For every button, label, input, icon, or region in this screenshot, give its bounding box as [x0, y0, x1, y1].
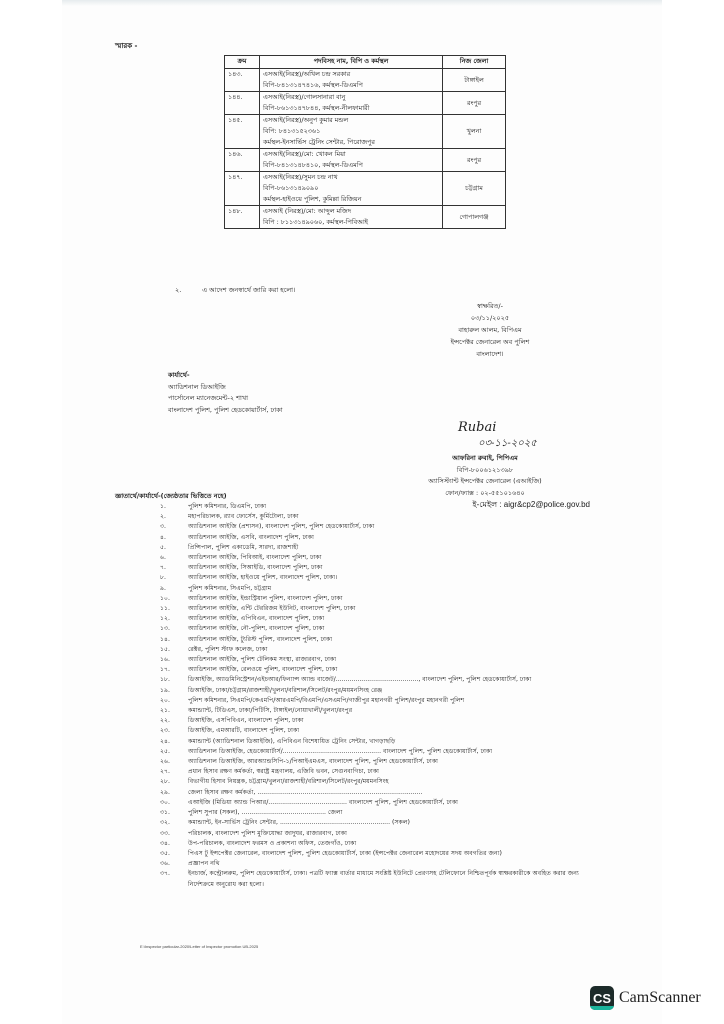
list-item-number: ৩৫.	[160, 849, 188, 859]
list-item-text: পুলিশ কমিশনার, ডিএমপি, ঢাকা	[188, 502, 600, 512]
list-item-number: ১১.	[160, 604, 188, 614]
detail-line: এসআই (নিরস্ত্র)/মো: আব্দুল মজিদ	[263, 206, 439, 217]
list-item: ২.মহাপরিচালক, র‍্যাব ফোর্সেস, কুর্মিটোলা…	[160, 512, 600, 522]
detail-line: বিপি-৮৬১৩১৪৭৮৪৪, কর্মস্থল-নীলফামারী	[263, 103, 439, 114]
list-item: ৩.অ্যাডিশনাল আইজি (প্রশাসন), বাংলাদেশ পু…	[160, 522, 600, 532]
detail-line: এসআই(নিরস্ত্র)/মো: খোকন মিয়া	[263, 149, 439, 160]
list-item-number: ৩১.	[160, 808, 188, 818]
signed-date: ০৩/১১/২০২৫	[420, 312, 560, 324]
list-item-number: ১২.	[160, 614, 188, 624]
detail-line: বিপি : ৮১১৩১৪৯০৬০, কর্মস্থল-পিবিআই	[263, 217, 439, 228]
list-item-text: পুলিশ কমিশনার, সিএমপি, চট্টগ্রাম	[188, 584, 600, 594]
footer-file-path: E:\Inspector particular-2020\Letter of I…	[140, 944, 258, 949]
list-item-text: অ্যাডিশনাল আইজি, রেলওয়ে পুলিশ, বাংলাদেশ…	[188, 665, 600, 675]
detail-line: বিপি-৮৪১৩১৪৮৪১০, কর্মস্থল-ডিএমপি	[263, 160, 439, 171]
list-item-text: পুলিশ সুপার (সকল), .....................…	[188, 808, 600, 818]
detail-line: বিপি-৮৪১৩১৪৭৪১৬, কর্মস্থল-ডিএমপি	[263, 80, 439, 91]
aig-phone: ফোন/ফ্যাক্স : ০২-৫৫১০১৬৪০	[380, 488, 590, 500]
camscanner-brand: CamScanner	[619, 989, 701, 1007]
list-item: ২২.ডিআইজি, এসপিবিএন, বাংলাদেশ পুলিশ, ঢাক…	[160, 716, 600, 726]
list-item-text: ইনচার্জ, কন্ট্রোলরুম, পুলিশ হেডকোয়ার্টা…	[188, 869, 600, 889]
list-item-number: ১৩.	[160, 624, 188, 634]
list-item-number: ১৮.	[160, 675, 188, 685]
list-item-text: ডিআইজি, অ্যাডমিনিস্ট্রেশন/এইচআর/ফিন্যান্…	[188, 675, 600, 685]
table-header-row: ক্রম পদবিসহ নাম, বিপি ও কর্মস্থল নিজ জেল…	[225, 56, 506, 69]
scan-edge	[62, 0, 662, 6]
list-item-text: পরিচালক, বাংলাদেশ পুলিশ মুক্তিযোদ্ধা জাদ…	[188, 829, 600, 839]
list-item-number: ২৬.	[160, 757, 188, 767]
list-item: ৩৫.পিএস টু ইন্সপেক্টর জেনারেল, বাংলাদেশ …	[160, 849, 600, 859]
list-item: ৯.পুলিশ কমিশনার, সিএমপি, চট্টগ্রাম	[160, 584, 600, 594]
row-details: এসআই (নিরস্ত্র)/মো: আব্দুল মজিদবিপি : ৮১…	[260, 206, 443, 229]
list-item-number: ৭.	[160, 563, 188, 573]
detail-line: এসআই(নিরস্ত্র)/সুমন চন্দ্র নাথ	[263, 172, 439, 183]
row-serial: ১৪৮.	[225, 206, 260, 229]
list-item-text: প্রধান হিসাব রক্ষণ কর্মকর্তা, স্বরাষ্ট্র…	[188, 767, 600, 777]
list-item-text: পুলিশ কমিশনার, সিএমপি/কেএমপি/আরএমপি/বিএম…	[188, 696, 600, 706]
list-item: ৫.প্রিন্সিপাল, পুলিশ একাডেমি, সারদা, রাজ…	[160, 543, 600, 553]
row-details: এসআই(নিরস্ত্র)/অনুপ কুমার মন্ডলবিপি: ৮৪১…	[260, 115, 443, 149]
list-item: ৪.অ্যাডিশনাল আইজি, এসবি, বাংলাদেশ পুলিশ,…	[160, 533, 600, 543]
table-row: ১৪৬.এসআই(নিরস্ত্র)/মো: খোকন মিয়াবিপি-৮৪…	[225, 149, 506, 172]
signatory-name: বাহারুল আলম, বিপিএম	[420, 324, 560, 336]
list-item-text: রেক্টর, পুলিশ স্টাফ কলেজ, ঢাকা	[188, 645, 600, 655]
detail-line: এসআই(নিরস্ত্র)/অখিল চন্দ্র সরকার	[263, 69, 439, 80]
list-item-number: ২৮.	[160, 777, 188, 787]
detail-line: এসআই(নিরস্ত্র)/অনুপ কুমার মন্ডল	[263, 115, 439, 126]
list-item-number: ৪.	[160, 533, 188, 543]
list-item: ১৭.অ্যাডিশনাল আইজি, রেলওয়ে পুলিশ, বাংলা…	[160, 665, 600, 675]
list-item-text: অ্যাডিশনাল আইজি, নৌ-পুলিশ, বাংলাদেশ পুলি…	[188, 624, 600, 634]
list-item-number: ৩৭.	[160, 869, 188, 889]
list-item-text: অ্যাডিশনাল আইজি, পুলিশ টেলিকম সংস্থা, রা…	[188, 655, 600, 665]
row-district: রংপুর	[443, 92, 506, 115]
aig-name: আফরিনা রুবাই, পিপিএম	[380, 453, 590, 465]
list-item-text: অ্যাডিশনাল আইজি, ট্যুরিস্ট পুলিশ, বাংলাদ…	[188, 635, 600, 645]
list-item: ২৯.জেলা হিসাব রক্ষণ কর্মকর্তা, .........…	[160, 788, 600, 798]
row-district: টাঙ্গাইল	[443, 69, 506, 92]
list-item: ১৮.ডিআইজি, অ্যাডমিনিস্ট্রেশন/এইচআর/ফিন্য…	[160, 675, 600, 685]
handwritten-signature: Rubai	[458, 420, 496, 435]
row-district: রংপুর	[443, 149, 506, 172]
paragraph-number: ২.	[175, 285, 200, 296]
list-item: ৭.অ্যাডিশনাল আইজি, সিআইডি, বাংলাদেশ পুলি…	[160, 563, 600, 573]
header-district: নিজ জেলা	[443, 56, 506, 69]
list-item-text: জেলা হিসাব রক্ষণ কর্মকর্তা, ............…	[188, 788, 600, 798]
list-item-number: ২২.	[160, 716, 188, 726]
list-item: ১২.অ্যাডিশনাল আইজি, এপিবিএন, বাংলাদেশ পু…	[160, 614, 600, 624]
list-item-number: ২৭.	[160, 767, 188, 777]
list-item-number: ১৬.	[160, 655, 188, 665]
list-item: ২৫.অ্যাডিশনাল ডিআইজি, হেডকোয়ার্টার্স/..…	[160, 747, 600, 757]
aig-designation: অ্যাসিস্ট্যান্ট ইন্সপেক্টর জেনারেল (এআইজ…	[380, 476, 590, 488]
order-paragraph: ২. এ আদেশ জনস্বার্থে জারি করা হলো।	[175, 285, 295, 296]
list-item: ৩৩.পরিচালক, বাংলাদেশ পুলিশ মুক্তিযোদ্ধা …	[160, 829, 600, 839]
list-item: ৩২.কমান্ড্যান্ট, ইন-সার্ভিস ট্রেনিং সেন্…	[160, 818, 600, 828]
list-item-number: ২৯.	[160, 788, 188, 798]
list-item-number: ১৯.	[160, 686, 188, 696]
list-item-number: ৩০.	[160, 798, 188, 808]
action-line: অ্যাডিশনাল ডিআইজি	[168, 382, 283, 394]
list-item-text: ডিআইজি, এসপিবিএন, বাংলাদেশ পুলিশ, ঢাকা	[188, 716, 600, 726]
list-item: ৬.অ্যাডিশনাল আইজি, পিবিআই, বাংলাদেশ পুলি…	[160, 553, 600, 563]
list-item-text: অ্যাডিশনাল আইজি (প্রশাসন), বাংলাদেশ পুলি…	[188, 522, 600, 532]
detail-line: বিপি-৮৬১৩১৪৯০৯০	[263, 183, 439, 194]
list-item-text: কমান্ড্যান্ট, ইন-সার্ভিস ট্রেনিং সেন্টার…	[188, 818, 600, 828]
list-item-number: ২৪.	[160, 737, 188, 747]
row-serial: ১৪৬.	[225, 149, 260, 172]
camscanner-watermark: CS CamScanner	[590, 986, 701, 1010]
list-item: ২৬.অ্যাডিশনাল ডিআইজি, আরঅ্যান্ডসিপি-১/পি…	[160, 757, 600, 767]
list-item-text: অ্যাডিশনাল আইজি, এসবি, বাংলাদেশ পুলিশ, ঢ…	[188, 533, 600, 543]
list-item-text: পিএস টু ইন্সপেক্টর জেনারেল, বাংলাদেশ পুল…	[188, 849, 600, 859]
list-item: ৩৬.প্রজ্ঞাপন নথি	[160, 859, 600, 869]
list-item: ১.পুলিশ কমিশনার, ডিএমপি, ঢাকা	[160, 502, 600, 512]
row-details: এসআই(নিরস্ত্র)/মো: খোকন মিয়াবিপি-৮৪১৩১৪…	[260, 149, 443, 172]
list-item-number: ১৪.	[160, 635, 188, 645]
list-item: ১০.অ্যাডিশনাল আইজি, ইন্ডাস্ট্রিয়াল পুলি…	[160, 594, 600, 604]
table-body: ১৪৩.এসআই(নিরস্ত্র)/অখিল চন্দ্র সরকারবিপি…	[225, 69, 506, 229]
list-item: ৩৪.উপ-পরিচালক, বাংলাদেশ ফরমস ও প্রকাশনা …	[160, 839, 600, 849]
signatory-country: বাংলাদেশ।	[420, 348, 560, 360]
list-item-text: অ্যাডিশনাল আইজি, সিআইডি, বাংলাদেশ পুলিশ,…	[188, 563, 600, 573]
list-item-number: ২১.	[160, 706, 188, 716]
signed-label: স্বাক্ষরিত/-	[420, 300, 560, 312]
camscanner-logo-icon: CS	[590, 986, 614, 1010]
table-row: ১৪৩.এসআই(নিরস্ত্র)/অখিল চন্দ্র সরকারবিপি…	[225, 69, 506, 92]
action-line: পার্সোনেল ম্যানেজমেন্ট-২ শাখা	[168, 393, 283, 405]
list-item-text: অ্যাডিশনাল আইজি, এপিবিএন, বাংলাদেশ পুলিশ…	[188, 614, 600, 624]
list-item-text: ডিআইজি, ঢাকা/চট্টগ্রাম/রাজশাহী/খুলনা/বরি…	[188, 686, 600, 696]
detail-line: কর্মস্থল-ইনসার্ভিস ট্রেনিং সেন্টার, পিরো…	[263, 137, 439, 148]
copies-list: ১.পুলিশ কমিশনার, ডিএমপি, ঢাকা২.মহাপরিচাল…	[160, 502, 600, 890]
list-item-number: ৩.	[160, 522, 188, 532]
row-district: গোপালগঞ্জ	[443, 206, 506, 229]
list-item-text: মহাপরিচালক, র‍্যাব ফোর্সেস, কুর্মিটোলা, …	[188, 512, 600, 522]
list-item: ৩৭.ইনচার্জ, কন্ট্রোলরুম, পুলিশ হেডকোয়ার…	[160, 869, 600, 889]
row-district: চট্টগ্রাম	[443, 172, 506, 206]
action-to-block: কার্যার্থে- অ্যাডিশনাল ডিআইজি পার্সোনেল …	[168, 370, 283, 416]
list-item-number: ১.	[160, 502, 188, 512]
row-serial: ১৪৫.	[225, 115, 260, 149]
list-item-number: ৩৪.	[160, 839, 188, 849]
list-item: ১৪.অ্যাডিশনাল আইজি, ট্যুরিস্ট পুলিশ, বাং…	[160, 635, 600, 645]
list-item-number: ২০.	[160, 696, 188, 706]
row-serial: ১৪৩.	[225, 69, 260, 92]
list-item-number: ৯.	[160, 584, 188, 594]
list-item-text: ডিআইজি, এমআরটি, বাংলাদেশ পুলিশ, ঢাকা	[188, 726, 600, 736]
row-serial: ১৪৭.	[225, 172, 260, 206]
row-serial: ১৪৪.	[225, 92, 260, 115]
list-item: ২০.পুলিশ কমিশনার, সিএমপি/কেএমপি/আরএমপি/ব…	[160, 696, 600, 706]
row-details: এসআই(নিরস্ত্র)/গোলসানারা বানুবিপি-৮৬১৩১৪…	[260, 92, 443, 115]
list-item-number: ২.	[160, 512, 188, 522]
list-item: ৮.অ্যাডিশনাল আইজি, হাইওয়ে পুলিশ, বাংলাদ…	[160, 573, 600, 583]
table-row: ১৪৫.এসআই(নিরস্ত্র)/অনুপ কুমার মন্ডলবিপি:…	[225, 115, 506, 149]
list-item-text: অ্যাডিশনাল ডিআইজি, আরঅ্যান্ডসিপি-১/পিআইএ…	[188, 757, 600, 767]
header-name: পদবিসহ নাম, বিপি ও কর্মস্থল	[260, 56, 443, 69]
list-item-text: প্রজ্ঞাপন নথি	[188, 859, 600, 869]
reference-label: স্মারক -	[115, 40, 137, 52]
signatory-designation: ইন্সপেক্টর জেনারেল অব পুলিশ	[420, 336, 560, 348]
list-item-text: বিভাগীয় হিসাব নিয়ন্ত্রক, চট্টগ্রাম/খুল…	[188, 777, 600, 787]
row-details: এসআই(নিরস্ত্র)/অখিল চন্দ্র সরকারবিপি-৮৪১…	[260, 69, 443, 92]
aig-bp: বিপি-৮০০৬১২১৩৯৮	[380, 465, 590, 477]
action-heading: কার্যার্থে-	[168, 370, 283, 382]
list-item-number: ৫.	[160, 543, 188, 553]
list-item: ৩১.পুলিশ সুপার (সকল), ..................…	[160, 808, 600, 818]
list-item-text: অ্যাডিশনাল আইজি, হাইওয়ে পুলিশ, বাংলাদেশ…	[188, 573, 600, 583]
list-item: ১১.অ্যাডিশনাল আইজি, এন্টি টেররিজম ইউনিট,…	[160, 604, 600, 614]
detail-line: কর্মস্থল-হাইওয়ে পুলিশ, কুমিল্লা রিজিয়ন	[263, 194, 439, 205]
list-item-text: অ্যাডিশনাল আইজি, পিবিআই, বাংলাদেশ পুলিশ,…	[188, 553, 600, 563]
paragraph-text: এ আদেশ জনস্বার্থে জারি করা হলো।	[202, 286, 295, 294]
handwritten-date: ০৩-১১-২০২৫	[478, 436, 537, 453]
list-item: ২৪.কমান্ড্যান্ট (অ্যাডিশনাল ডিআইজি), এপি…	[160, 737, 600, 747]
list-item-number: ২৫.	[160, 747, 188, 757]
list-item-text: এআইজি (মিডিয়া অ্যান্ড পিআর/............…	[188, 798, 600, 808]
list-item-number: ৩৬.	[160, 859, 188, 869]
row-details: এসআই(নিরস্ত্র)/সুমন চন্দ্র নাথবিপি-৮৬১৩১…	[260, 172, 443, 206]
list-item-text: অ্যাডিশনাল আইজি, এন্টি টেররিজম ইউনিট, বা…	[188, 604, 600, 614]
list-item: ৩০.এআইজি (মিডিয়া অ্যান্ড পিআর/.........…	[160, 798, 600, 808]
table-row: ১৪৮.এসআই (নিরস্ত্র)/মো: আব্দুল মজিদবিপি …	[225, 206, 506, 229]
list-item-number: ১৭.	[160, 665, 188, 675]
list-item: ২৮.বিভাগীয় হিসাব নিয়ন্ত্রক, চট্টগ্রাম/…	[160, 777, 600, 787]
list-item-number: ১০.	[160, 594, 188, 604]
list-item-text: প্রিন্সিপাল, পুলিশ একাডেমি, সারদা, রাজশা…	[188, 543, 600, 553]
list-item: ১৫.রেক্টর, পুলিশ স্টাফ কলেজ, ঢাকা	[160, 645, 600, 655]
list-item: ২৩.ডিআইজি, এমআরটি, বাংলাদেশ পুলিশ, ঢাকা	[160, 726, 600, 736]
list-item: ১৬.অ্যাডিশনাল আইজি, পুলিশ টেলিকম সংস্থা,…	[160, 655, 600, 665]
signatory-igp: স্বাক্ষরিত/- ০৩/১১/২০২৫ বাহারুল আলম, বিপ…	[420, 300, 560, 360]
detail-line: এসআই(নিরস্ত্র)/গোলসানারা বানু	[263, 92, 439, 103]
list-item-number: ৬.	[160, 553, 188, 563]
row-district: খুলনা	[443, 115, 506, 149]
list-item: ১৩.অ্যাডিশনাল আইজি, নৌ-পুলিশ, বাংলাদেশ প…	[160, 624, 600, 634]
header-serial: ক্রম	[225, 56, 260, 69]
list-item-number: ৩৩.	[160, 829, 188, 839]
copies-heading: জ্ঞাতার্থে/কার্যার্থে-(জ্যেষ্ঠতার ভিত্তি…	[115, 491, 227, 502]
promotion-table: ক্রম পদবিসহ নাম, বিপি ও কর্মস্থল নিজ জেল…	[224, 55, 506, 229]
list-item-number: ৮.	[160, 573, 188, 583]
table-row: ১৪৭.এসআই(নিরস্ত্র)/সুমন চন্দ্র নাথবিপি-৮…	[225, 172, 506, 206]
list-item-text: অ্যাডিশনাল ডিআইজি, হেডকোয়ার্টার্স/.....…	[188, 747, 600, 757]
list-item: ২১.কমান্ড্যান্ট, টিডিএস, ঢাকা/পিটিসি, টা…	[160, 706, 600, 716]
action-line: বাংলাদেশ পুলিশ, পুলিশ হেডকোয়ার্টার্স, ঢ…	[168, 405, 283, 417]
list-item-number: ১৫.	[160, 645, 188, 655]
list-item-number: ৩২.	[160, 818, 188, 828]
table-row: ১৪৪.এসআই(নিরস্ত্র)/গোলসানারা বানুবিপি-৮৬…	[225, 92, 506, 115]
list-item-text: কমান্ড্যান্ট (অ্যাডিশনাল ডিআইজি), এপিবিএ…	[188, 737, 600, 747]
list-item-text: কমান্ড্যান্ট, টিডিএস, ঢাকা/পিটিসি, টাঙ্গ…	[188, 706, 600, 716]
list-item-number: ২৩.	[160, 726, 188, 736]
list-item-text: উপ-পরিচালক, বাংলাদেশ ফরমস ও প্রকাশনা অফি…	[188, 839, 600, 849]
list-item-text: অ্যাডিশনাল আইজি, ইন্ডাস্ট্রিয়াল পুলিশ, …	[188, 594, 600, 604]
list-item: ১৯.ডিআইজি, ঢাকা/চট্টগ্রাম/রাজশাহী/খুলনা/…	[160, 686, 600, 696]
detail-line: বিপি: ৮৪১৩১৫২৩৬১	[263, 126, 439, 137]
list-item: ২৭.প্রধান হিসাব রক্ষণ কর্মকর্তা, স্বরাষ্…	[160, 767, 600, 777]
